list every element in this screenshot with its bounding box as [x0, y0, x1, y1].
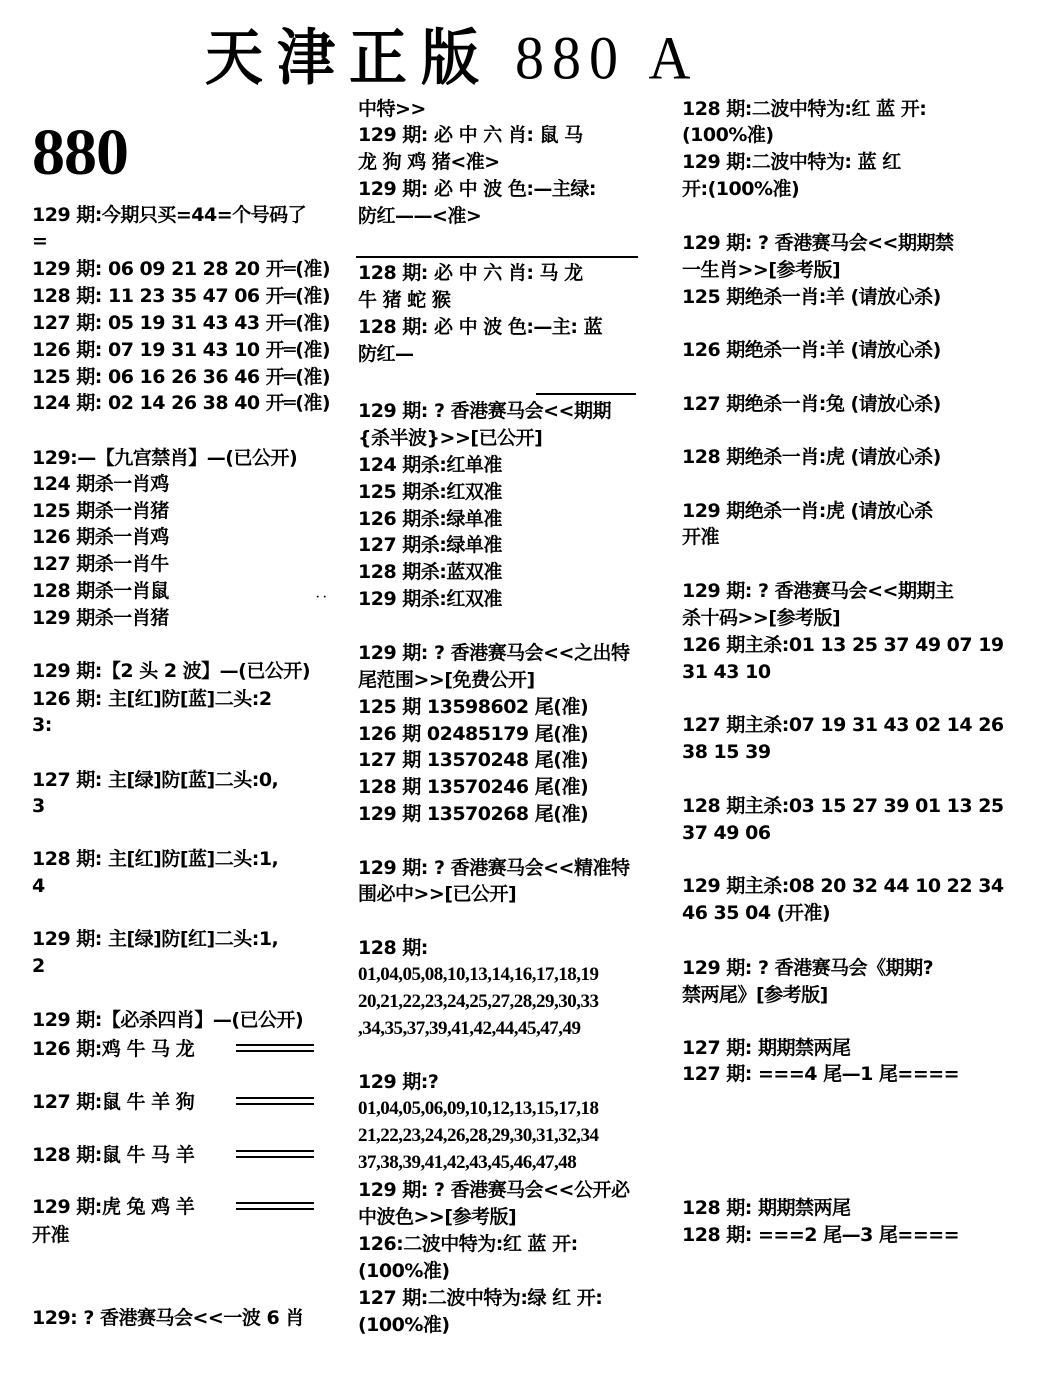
text-line: 128 期 13570246 尾(准)	[358, 774, 588, 800]
text-line: 牛 猪 蛇 猴	[358, 287, 450, 313]
text-line: 124 期杀:红单准	[358, 452, 502, 478]
text-line: 128 期杀一肖鼠	[32, 578, 169, 604]
page-title: 天津正版880 A	[205, 8, 698, 96]
text-line: 128 期杀:蓝双准	[358, 559, 502, 585]
text-line: 126:二波中特为:红 蓝 开:	[358, 1231, 578, 1257]
text-line: 129 期: 必 中 波 色:—主绿:	[358, 176, 596, 202]
number-list: 37,38,39,41,42,43,45,46,47,48	[358, 1150, 576, 1176]
text-line: 126 期:鸡 牛 马 龙	[32, 1036, 194, 1062]
text-line: 129 期:二波中特为: 蓝 红	[682, 149, 901, 175]
text-line: 3:	[32, 712, 52, 738]
text-line: 128 期: 必 中 波 色:—主: 蓝	[358, 314, 602, 340]
text-line: 尾范围>>[免费公开]	[358, 667, 535, 693]
text-line: 125 期: 06 16 26 36 46 开═(准)	[32, 364, 330, 390]
text-line: 129 期: 主[绿]防[红]二头:1,	[32, 926, 278, 952]
text-line: 127 期: 期期禁两尾	[682, 1035, 851, 1061]
text-line: 127 期: ===4 尾—1 尾====	[682, 1061, 959, 1087]
text-line: 龙 狗 鸡 猪<准>	[358, 149, 500, 175]
double-rule	[236, 1150, 314, 1158]
text-line: 129 期绝杀一肖:虎 (请放心杀	[682, 498, 933, 524]
text-line: 126 期 02485179 尾(准)	[358, 721, 588, 747]
text-line: 127 期绝杀一肖:兔 (请放心杀)	[682, 391, 941, 417]
text-line: 125 期杀一肖猪	[32, 498, 169, 524]
double-rule	[236, 1097, 314, 1105]
section-heading: 129 期: ? 香港赛马会<<期期禁	[682, 230, 953, 256]
text-line: 127 期: 主[绿]防[蓝]二头:0,	[32, 767, 278, 793]
section-heading: 129 期:【必杀四肖】—(已公开)	[32, 1007, 303, 1033]
text-line: 128 期绝杀一肖:虎 (请放心杀)	[682, 444, 941, 470]
text-line: 129 期: 必 中 六 肖: 鼠 马	[358, 122, 583, 148]
text-line: 3	[32, 793, 45, 819]
number-list: 01,04,05,06,09,10,12,13,15,17,18	[358, 1096, 599, 1122]
text-line: 129 期主杀:08 20 32 44 10 22 34	[682, 873, 1004, 899]
divider	[356, 256, 638, 258]
text-line: 127 期杀:绿单准	[358, 532, 502, 558]
text-line: 126 期杀一肖鸡	[32, 524, 169, 550]
double-rule	[236, 1202, 314, 1210]
text-line: 128 期: 期期禁两尾	[682, 1195, 851, 1221]
text-line: 126 期绝杀一肖:羊 (请放心杀)	[682, 337, 941, 363]
text-line: 一生肖>>[参考版]	[682, 257, 840, 283]
section-heading: 129:—【九宫禁肖】—(已公开)	[32, 445, 297, 471]
text-line: 开:(100%准)	[682, 176, 799, 202]
text-line: 128 期:	[358, 935, 428, 961]
text-line: 126 期: 主[红]防[蓝]二头:2	[32, 686, 272, 712]
section-heading: 129: ? 香港赛马会<<一波 6 肖	[32, 1305, 304, 1331]
section-heading: 129 期: ? 香港赛马会<<期期	[358, 398, 611, 424]
section-heading: 129 期: ? 香港赛马会<<之出特	[358, 640, 629, 666]
text-line: 126 期主杀:01 13 25 37 49 07 19	[682, 632, 1004, 658]
text-line: 4	[32, 873, 45, 899]
title-cn: 天津正版	[205, 22, 493, 93]
text-line: 128 期:鼠 牛 马 羊	[32, 1142, 194, 1168]
text-line: 125 期 13598602 尾(准)	[358, 694, 588, 720]
number-list: ,34,35,37,39,41,42,44,45,47,49	[358, 1016, 581, 1042]
text-line: 38 15 39	[682, 739, 771, 765]
section-heading: 129 期: ? 香港赛马会<<期期主	[682, 578, 953, 604]
number-list: 21,22,23,24,26,28,29,30,31,32,34	[358, 1123, 599, 1149]
text-line: {杀半波}>>[已公开]	[358, 425, 542, 451]
text-line: 128 期: 11 23 35 47 06 开═(准)	[32, 283, 330, 309]
number-list: 20,21,22,23,24,25,27,28,29,30,33	[358, 989, 599, 1015]
text-line: 128 期: 必 中 六 肖: 马 龙	[358, 260, 583, 286]
text-line: 127 期主杀:07 19 31 43 02 14 26	[682, 712, 1004, 738]
text-line: =	[32, 228, 47, 254]
text-line: 127 期 13570248 尾(准)	[358, 747, 588, 773]
text-line: 2	[32, 953, 45, 979]
text-line: 37 49 06	[682, 820, 771, 846]
text-line: 防红—	[358, 341, 414, 367]
text-line: 31 43 10	[682, 659, 771, 685]
section-heading: 129 期: ? 香港赛马会<<公开必	[358, 1177, 629, 1203]
section-heading: 129 期: ? 香港赛马会<<精准特	[358, 855, 629, 881]
title-latin: 880 A	[515, 24, 698, 92]
text-line: 128 期主杀:03 15 27 39 01 13 25	[682, 793, 1004, 819]
text-line: 中波色>>[参考版]	[358, 1204, 516, 1230]
text-line: 中特>>	[358, 96, 426, 122]
text-line: 129 期杀一肖猪	[32, 605, 169, 631]
text-line: 围必中>>[已公开]	[358, 881, 516, 907]
text-line: 126 期杀:绿单准	[358, 506, 502, 532]
text-line: 46 35 04 (开准)	[682, 900, 830, 926]
section-heading: 129 期: ? 香港赛马会《期期?	[682, 955, 933, 981]
text-line: 127 期:二波中特为:绿 红 开:	[358, 1285, 602, 1311]
text-line: 125 期杀:红双准	[358, 479, 502, 505]
text-line: 125 期绝杀一肖:羊 (请放心杀)	[682, 284, 941, 310]
text-line: 防红——<准>	[358, 203, 481, 229]
text-line: 128 期: ===2 尾—3 尾====	[682, 1222, 959, 1248]
text-line: 禁两尾》[参考版]	[682, 982, 828, 1008]
text-line: (100%准)	[358, 1312, 450, 1338]
text-line: 124 期: 02 14 26 38 40 开═(准)	[32, 390, 330, 416]
text-line: 开准	[32, 1222, 69, 1248]
text-line: 杀十码>>[参考版]	[682, 605, 840, 631]
edition-badge: 880	[32, 115, 128, 191]
number-list: 01,04,05,08,10,13,14,16,17,18,19	[358, 962, 599, 988]
text-line: 129 期:?	[358, 1069, 438, 1095]
text-line: (100%准)	[682, 122, 774, 148]
text-line: 128 期:二波中特为:红 蓝 开:	[682, 96, 926, 122]
stray-dots: · ·	[316, 592, 326, 603]
text-line: 129 期:今期只买=44=个号码了	[32, 202, 306, 228]
text-line: 128 期: 主[红]防[蓝]二头:1,	[32, 846, 278, 872]
text-line: 126 期: 07 19 31 43 10 开═(准)	[32, 337, 330, 363]
text-line: 124 期杀一肖鸡	[32, 471, 169, 497]
text-line: (100%准)	[358, 1258, 450, 1284]
text-line: 129 期 13570268 尾(准)	[358, 801, 588, 827]
text-line: 127 期杀一肖牛	[32, 551, 169, 577]
text-line: 129 期杀:红双准	[358, 586, 502, 612]
text-line: 129 期:虎 兔 鸡 羊	[32, 1194, 194, 1220]
text-line: 开准	[682, 524, 719, 550]
text-line: 127 期:鼠 牛 羊 狗	[32, 1089, 194, 1115]
section-heading: 129 期:【2 头 2 波】—(已公开)	[32, 658, 310, 684]
divider	[536, 393, 636, 395]
text-line: 127 期: 05 19 31 43 43 开═(准)	[32, 310, 330, 336]
text-line: 129 期: 06 09 21 28 20 开═(准)	[32, 256, 330, 282]
double-rule	[236, 1044, 314, 1052]
